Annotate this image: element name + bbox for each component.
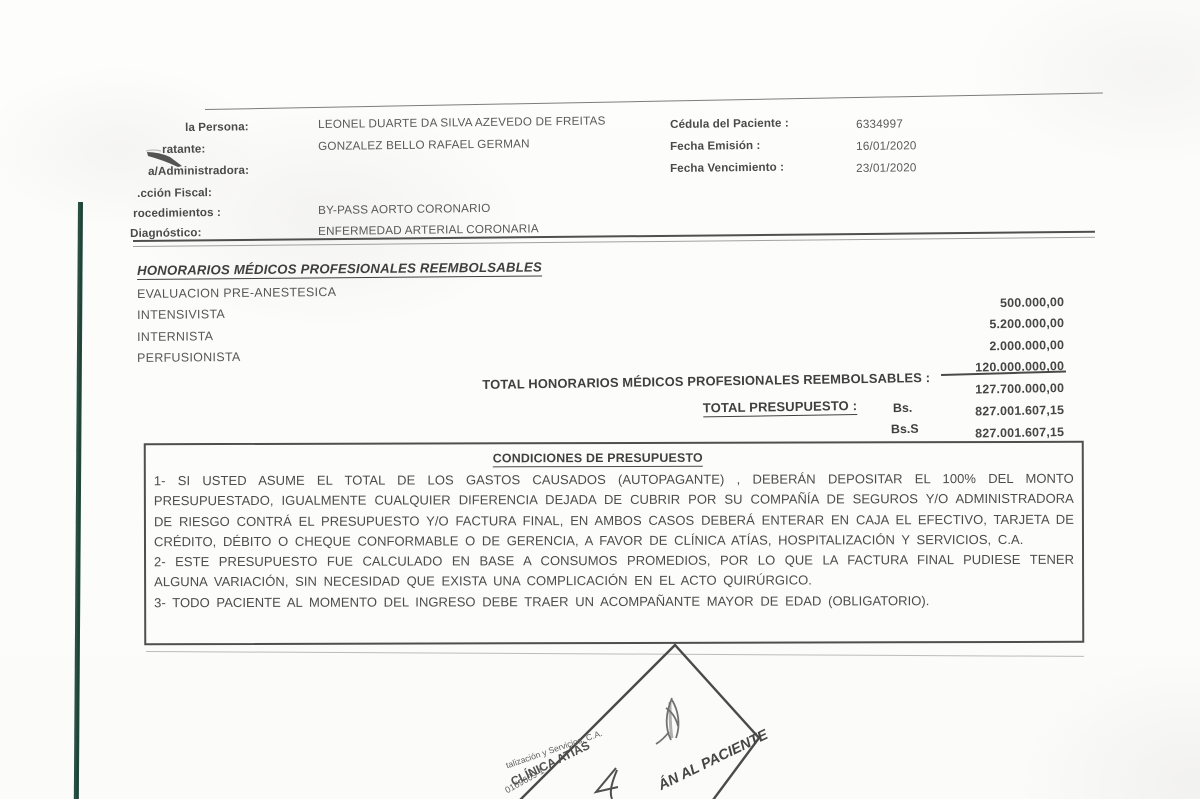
feather-emblem [656,698,679,744]
condition-paragraph-2: 2- ESTE PRESUPUESTO FUE CALCULADO EN BAS… [154,550,1074,593]
fee-item-name: EVALUACION PRE-ANESTESICA [137,285,336,301]
fee-item-name: INTERNISTA [137,329,213,344]
field-label-contractor: ratante: [162,142,205,156]
scanned-document: la Persona: ratante: a/Administradora: .… [0,0,1200,799]
meta-value-fecha-emision: 16/01/2020 [856,139,917,153]
field-label-person: la Persona: [185,120,249,134]
conditions-text: 1- SI USTED ASUME EL TOTAL DE LOS GASTOS… [154,469,1074,613]
header-top-rule [205,93,1103,111]
condition-paragraph-1: 1- SI USTED ASUME EL TOTAL DE LOS GASTOS… [154,469,1074,553]
meta-label-cedula: Cédula del Paciente : [670,117,789,131]
fee-item-name: PERFUSIONISTA [137,350,241,365]
meta-label-fecha-vencimiento: Fecha Vencimiento : [670,161,784,175]
conditions-title: CONDICIONES DE PRESUPUESTO [130,448,1066,468]
field-value-contractor: GONZALEZ BELLO RAFAEL GERMAN [318,137,530,153]
conditions-box: CONDICIONES DE PRESUPUESTO 1- SI USTED A… [144,441,1085,645]
fee-item-amount: 5.200.000,00 [848,316,1064,334]
meta-value-fecha-vencimiento: 23/01/2020 [856,161,917,175]
clinic-stamp: talización y Servicios, C.A. CLÍNICA ATÍ… [420,640,840,799]
meta-value-cedula: 6334997 [856,117,903,131]
field-label-procedures: rocedimientos : [133,206,221,220]
signature-mark [596,768,618,799]
grand-total-amount-bs: 827.001.607,15 [848,403,1064,421]
grand-total-label: TOTAL PRESUPUESTO : [610,398,857,419]
field-value-procedures: BY-PASS AORTO CORONARIO [318,202,491,217]
fee-item-name: INTENSIVISTA [137,307,225,322]
field-value-person: LEONEL DUARTE DA SILVA AZEVEDO DE FREITA… [318,114,606,131]
field-value-diagnosis: ENFERMEDAD ARTERIAL CORONARIA [318,222,539,238]
page-edge-line [74,202,83,799]
field-label-diagnosis: Diagnóstico: [130,226,202,240]
fee-item-amount: 2.000.000,00 [848,338,1064,356]
fees-total-amount: 127.700.000,00 [848,381,1064,399]
fees-section-title: HONORARIOS MÉDICOS PROFESIONALES REEMBOL… [137,259,542,280]
field-label-fiscal-address: .cción Fiscal: [137,186,212,200]
field-label-administrator: a/Administradora: [148,164,249,178]
fee-item-amount: 500.000,00 [848,295,1064,313]
fees-total-label: TOTAL HONORARIOS MÉDICOS PROFESIONALES R… [360,370,930,394]
meta-label-fecha-emision: Fecha Emisión : [670,139,761,153]
condition-paragraph-3: 3- TODO PACIENTE AL MOMENTO DEL INGRESO … [154,591,1074,614]
stamp-border [517,645,759,799]
